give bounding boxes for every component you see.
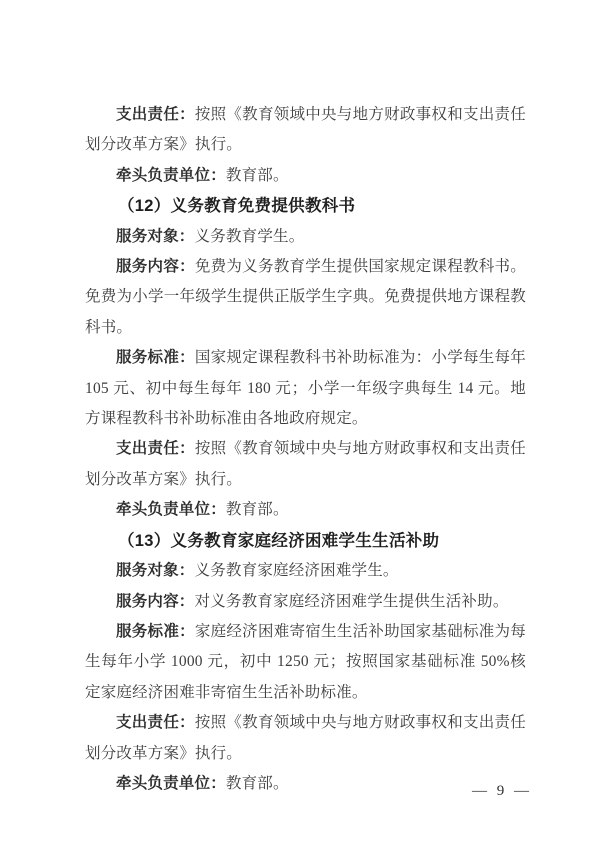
paragraph-service-target-12: 服务对象：义务教育学生。 — [85, 222, 526, 252]
document-page: 支出责任：按照《教育领域中央与地方财政事权和支出责任划分改革方案》执行。 牵头负… — [0, 0, 610, 864]
section-heading-item-13: （13）义务教育家庭经济困难学生生活补助 — [85, 526, 526, 556]
page-number: — 9 — — [472, 781, 532, 801]
field-label-service-target: 服务对象： — [116, 562, 195, 579]
field-text: 义务教育学生。 — [195, 228, 305, 245]
field-label-expenditure-responsibility: 支出责任： — [116, 440, 195, 457]
paragraph-service-standard-12: 服务标准：国家规定课程教科书补助标准为：小学每生每年 105 元、初中每生每年 … — [85, 343, 526, 434]
paragraph-service-content-13: 服务内容：对义务教育家庭经济困难学生提供生活补助。 — [85, 587, 526, 617]
field-label-expenditure-responsibility: 支出责任： — [116, 714, 195, 731]
field-label-service-content: 服务内容： — [116, 258, 195, 275]
field-label-service-standard: 服务标准： — [116, 349, 195, 366]
field-label-service-content: 服务内容： — [116, 593, 195, 610]
document-body: 支出责任：按照《教育领域中央与地方财政事权和支出责任划分改革方案》执行。 牵头负… — [85, 100, 526, 799]
field-text: 教育部。 — [226, 167, 289, 184]
field-label-lead-unit: 牵头负责单位： — [116, 501, 226, 518]
paragraph-lead-unit-11: 牵头负责单位：教育部。 — [85, 161, 526, 191]
field-text: 教育部。 — [226, 775, 289, 792]
field-text: 对义务教育家庭经济困难学生提供生活补助。 — [195, 593, 509, 610]
field-label-lead-unit: 牵头负责单位： — [116, 167, 226, 184]
field-label-service-target: 服务对象： — [116, 228, 195, 245]
paragraph-service-target-13: 服务对象：义务教育家庭经济困难学生。 — [85, 556, 526, 586]
paragraph-lead-unit-13: 牵头负责单位：教育部。 — [85, 769, 526, 799]
field-label-expenditure-responsibility: 支出责任： — [116, 106, 195, 123]
field-label-lead-unit: 牵头负责单位： — [116, 775, 226, 792]
paragraph-expenditure-responsibility-12: 支出责任：按照《教育领域中央与地方财政事权和支出责任划分改革方案》执行。 — [85, 434, 526, 495]
section-heading-item-12: （12）义务教育免费提供教科书 — [85, 191, 526, 221]
paragraph-lead-unit-12: 牵头负责单位：教育部。 — [85, 495, 526, 525]
field-label-service-standard: 服务标准： — [116, 623, 195, 640]
paragraph-expenditure-responsibility-11: 支出责任：按照《教育领域中央与地方财政事权和支出责任划分改革方案》执行。 — [85, 100, 526, 161]
field-text: 义务教育家庭经济困难学生。 — [195, 562, 399, 579]
paragraph-service-standard-13: 服务标准：家庭经济困难寄宿生生活补助国家基础标准为每生每年小学 1000 元，初… — [85, 617, 526, 708]
paragraph-service-content-12: 服务内容：免费为义务教育学生提供国家规定课程教科书。免费为小学一年级学生提供正版… — [85, 252, 526, 343]
paragraph-expenditure-responsibility-13: 支出责任：按照《教育领域中央与地方财政事权和支出责任划分改革方案》执行。 — [85, 708, 526, 769]
field-text: 教育部。 — [226, 501, 289, 518]
